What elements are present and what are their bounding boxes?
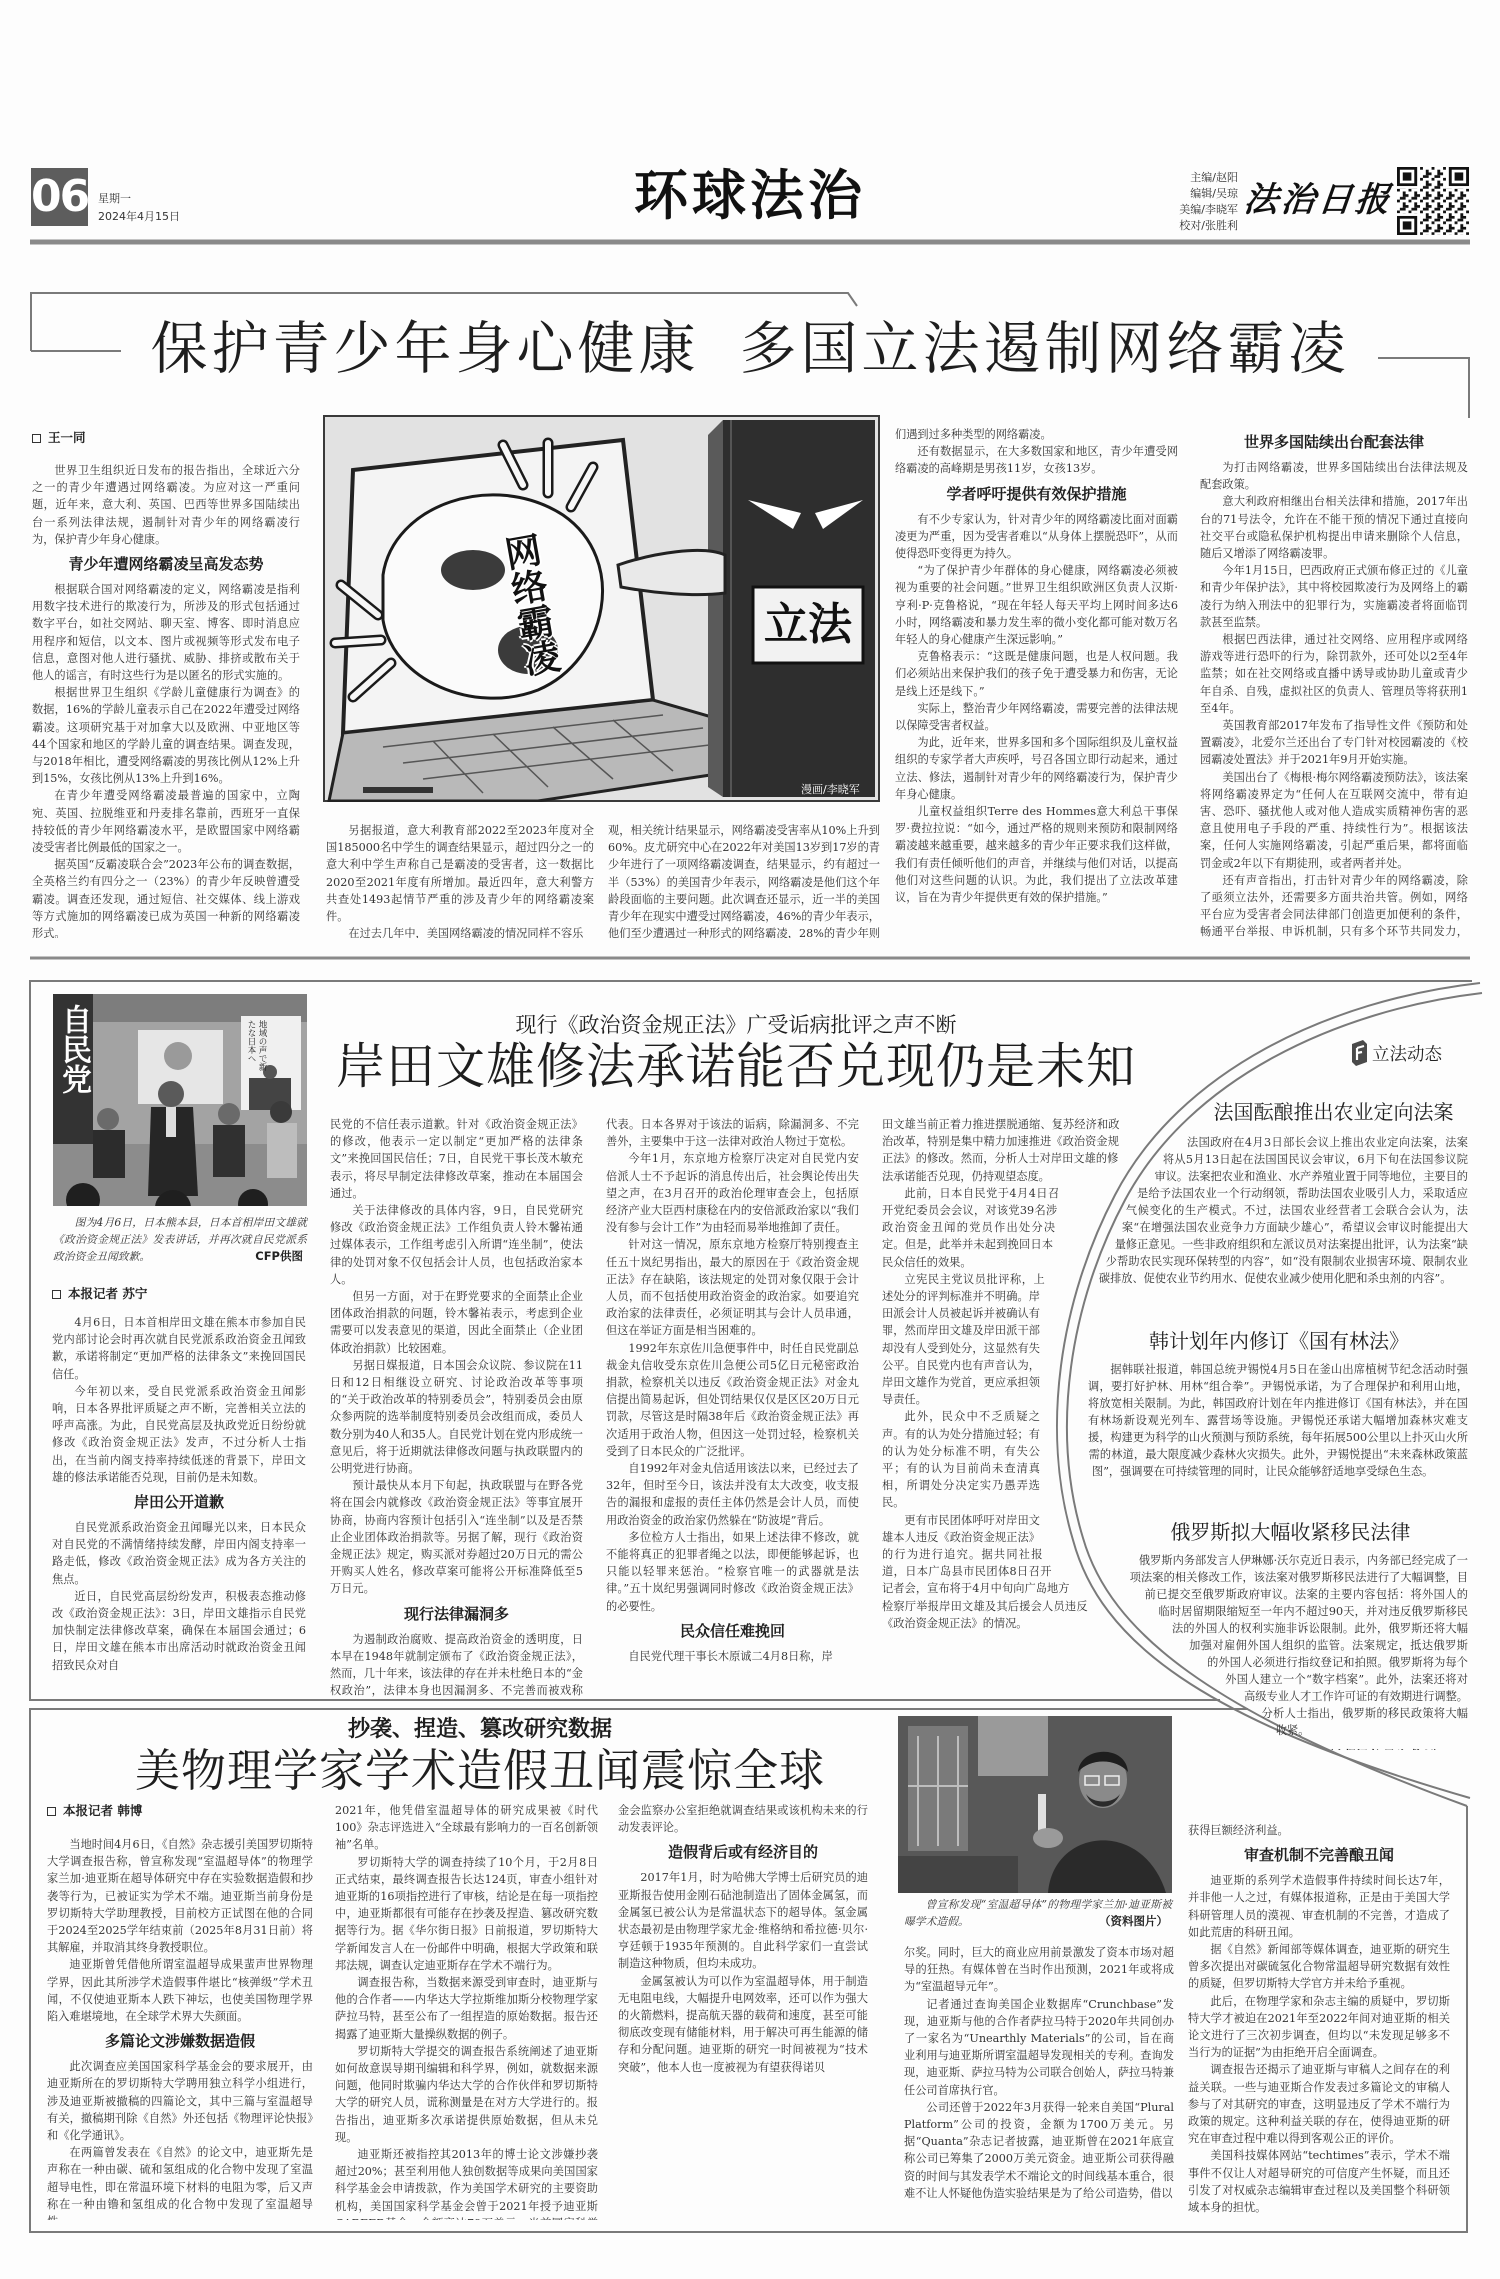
paragraph: 儿童权益组织Terre des Hommes意大利总干事保罗·费拉拉说：“如今，…	[895, 803, 1178, 906]
physicist-photo	[898, 1716, 1172, 1893]
paragraph: 意大利政府相继出台相关法律和措施，2017年出台的71号法令，允许在不能干预的情…	[1200, 493, 1468, 562]
kishida-speech-photo: 自民党 地域の声で新たな日本へ	[53, 994, 307, 1206]
credit-art-editor: 美编/李晓军	[1150, 202, 1238, 218]
paragraph: 预计最快从本月下旬起，执政联盟与在野各党将在国会内就修改《政治资金规正法》等事宜…	[330, 1477, 583, 1597]
paragraph: 克鲁格表示：“这既是健康问题，也是人权问题。我们必须站出来保护我们的孩子免于遭受…	[895, 648, 1178, 700]
paragraph: 公司还曾于2022年3月获得一轮来自美国“Plural Platform”公司的…	[904, 2099, 1174, 2202]
paragraph: 1992年东京佐川急便事件中，时任自民党副总裁金丸信收受东京佐川急便公司5亿日元…	[606, 1340, 859, 1460]
paragraph-continued: 们遇到过多种类型的网络霸凌。	[895, 426, 1178, 443]
article1-column-4: 们遇到过多种类型的网络霸凌。 还有数据显示，在大多数国家和地区，青少年遭受网络霸…	[895, 426, 1178, 938]
paragraph: 迪亚斯还被指控其2013年的博士论文涉嫌抄袭超过20%；甚至利用他人独创数据等成…	[335, 2146, 598, 2220]
article2-photo-caption: 图为4月6日，日本熊本县，日本首相岸田文雄就《政治资金规正法》发表讲话，并再次就…	[53, 1214, 307, 1265]
article2-byline: 本报记者 苏宁	[52, 1286, 147, 1302]
page-number: 06	[31, 171, 88, 222]
paragraph: 迪亚斯的系列学术造假事件持续时间长达7年，并非他一人之过，有媒体报道称，正是由于…	[1188, 1872, 1450, 1941]
article1-headline-part2: 多国立法遏制网络霸凌	[740, 316, 1350, 382]
paragraph: 还有数据显示，在大多数国家和地区，青少年遭受网络霸凌的高峰期是男孩11岁，女孩1…	[895, 443, 1178, 477]
paragraph: 关于法律修改的具体内容，9日，自民党研究修改《政治资金规正法》工作组负责人铃木馨…	[330, 1202, 583, 1288]
article2-column-1: 4月6日，日本首相岸田文雄在熊本市参加自民党内部讨论会时再次就自民党派系政治资金…	[52, 1314, 306, 1699]
article3-column-5: 获得巨额经济利益。 审查机制不完善酿丑闻 迪亚斯的系列学术造假事件持续时间长达7…	[1188, 1822, 1450, 2220]
paragraph: 自1992年对金丸信适用该法以来，已经过去了32年，但时至今日，该法并没有太大改…	[606, 1460, 859, 1529]
paragraph: 有不少专家认为，针对青少年的网络霸凌比面对面霸凌更为严重，因为受害者难以“从身体…	[895, 511, 1178, 563]
section-heading: 民众信任难挽回	[606, 1619, 859, 1643]
article3-column-4: 尔奖。同时，巨大的商业应用前景激发了资本市场对超导的狂热。有媒体曾在当时作出预测…	[904, 1944, 1174, 2220]
paragraph: 调查报告还揭示了迪亚斯与审稿人之间存在的利益关联。一些与迪亚斯合作发表过多篇论文…	[1188, 2061, 1450, 2147]
newspaper-page: 06 星期一 2024年4月15日 环球法治 主编/赵阳 编辑/吴琼 美编/李晓…	[0, 0, 1500, 2279]
newspaper-masthead: 法治日报	[1241, 170, 1398, 232]
paragraph: 4月6日，日本首相岸田文雄在熊本市参加自民党内部讨论会时再次就自民党派系政治资金…	[52, 1314, 306, 1383]
credit-proofreader: 校对/张胜利	[1150, 218, 1238, 234]
paragraph-continued: 代表。日本各界对于该法的诟病，除漏洞多、不完善外，主要集中于这一法律对政治人物过…	[606, 1116, 859, 1150]
section-heading: 现行法律漏洞多	[330, 1602, 583, 1626]
paragraph: 在两篇曾发表在《自然》的论文中，迪亚斯先是声称在一种由碳、硫和氢组成的化合物中发…	[47, 2144, 313, 2220]
paragraph: 为遏制政治腐败、提高政治资金的透明度，日本早在1948年就制定颁布了《政治资金规…	[330, 1631, 583, 1699]
paragraph: 今年1月15日，巴西政府正式颁布修正过的《儿童和青少年保护法》，其中将校园欺凌行…	[1200, 562, 1468, 631]
paragraph: 金属氢被认为可以作为室温超导体，用于制造无电阻电线，大幅提升电网效率，还可以作为…	[618, 1973, 868, 2076]
paragraph: 2017年1月，时为哈佛大学博士后研究员的迪亚斯报告使用金刚石砧池制造出了固体金…	[618, 1869, 868, 1972]
paragraph: 多位检方人士指出，如果上述法律不修改，就不能将真正的犯罪者绳之以法，即便能够起诉…	[606, 1529, 859, 1615]
article3-byline: 本报记者 韩博	[47, 1803, 142, 1819]
article2-kicker: 现行《政治资金规正法》广受诟病批评之声不断	[307, 1012, 1165, 1038]
paragraph-continued: 2021年，他凭借室温超导体的研究成果被《时代100》杂志评选进入“全球最有影响…	[335, 1802, 598, 1854]
photo-poster-text: 地域の声で新たな日本へ	[245, 1020, 267, 1076]
article2-column-3: 代表。日本各界对于该法的诟病，除漏洞多、不完善外，主要集中于这一法律对政治人物过…	[606, 1116, 859, 1699]
paragraph: 在青少年遭受网络霸凌最普遍的国家中，立陶宛、英国、拉脱维亚和丹麦排名靠前，西班牙…	[32, 787, 300, 856]
illustration-credit: 漫画/李晓军	[801, 781, 860, 797]
byline-square-icon	[32, 434, 41, 443]
paragraph: 但另一方面，对于在野党要求的全面禁止企业团体政治捐款的问题，铃木馨祐表示，考虑到…	[330, 1288, 583, 1357]
section-heading: 岸田公开道歉	[52, 1490, 306, 1514]
article1-column-5: 世界多国陆续出台配套法律 为打击网络霸凌，世界多国陆续出台法律法规及配套政策。 …	[1200, 426, 1468, 938]
article1-headline: 保护青少年身心健康多国立法遏制网络霸凌	[0, 314, 1500, 384]
paragraph: 为此，近年来，世界多国和多个国际组织及儿童权益组织的专家学者大声疾呼，号召各国立…	[895, 734, 1178, 803]
qr-code-icon	[1397, 167, 1469, 235]
legislation-news-label: 立法动态	[1349, 1040, 1442, 1068]
paragraph: 另据日媒报道，日本国会众议院、参议院在11日和12日相继设立研究、讨论政治改革等…	[330, 1357, 583, 1477]
article1-column-2: 另据报道，意大利教育部2022至2023年度对全国185000名中学生的调查结果…	[326, 822, 594, 938]
article2-headline: 岸田文雄修法承诺能否兑现仍是未知	[307, 1038, 1165, 1096]
paragraph: 针对这一情况，原东京地方检察厅特别搜查主任五十岚纪男指出，最大的原因在于《政治资…	[606, 1236, 859, 1339]
section-heading: 世界多国陆续出台配套法律	[1200, 430, 1468, 454]
photo-party-banner-text: 自民党	[57, 1004, 89, 1094]
photo-drawing	[898, 1716, 1172, 1893]
byline-author: 本报记者 韩博	[63, 1803, 142, 1818]
byline-author: 本报记者 苏宁	[68, 1286, 147, 1301]
issue-date: 2024年4月15日	[98, 210, 180, 224]
paragraph: 另据报道，意大利教育部2022至2023年度对全国185000名中学生的调查结果…	[326, 822, 594, 925]
paragraph-continued: 金会监察办公室拒绝就调查结果或该机构未来的行动发表评论。	[618, 1802, 868, 1836]
article3-headline: 美物理学家学术造假丑闻震惊全球	[60, 1744, 900, 1798]
credit-editor: 编辑/吴琼	[1150, 186, 1238, 202]
section-heading: 学者呼吁提供有效保护措施	[895, 482, 1178, 506]
article1-column-3: 观，相关统计结果显示，网络霸凌受害率从10%上升到60%。皮尤研究中心在2022…	[608, 822, 880, 938]
cyberbullying-cartoon-illustration: 网络霸凌 立法 漫画/李晓军	[323, 415, 880, 802]
section-title: 环球法治	[600, 166, 900, 226]
paragraph: 此后，在物理学家和杂志主编的质疑中，罗切斯特大学才被迫在2021年至2022年间…	[1188, 1993, 1450, 2062]
paragraph: 此次调查应美国国家科学基金会的要求展开，由迪亚斯所在的罗切斯特大学聘用独立科学小…	[47, 2058, 313, 2144]
paragraph: 据英国“反霸凌联合会”2023年公布的调查数据，全英格兰约有四分之一（23%）的…	[32, 856, 300, 938]
paragraph: 据《自然》新闻部等媒体调查，迪亚斯的研究生曾多次提出对碳硫氢化合物常温超导研究数…	[1188, 1941, 1450, 1993]
article3-column-1: 当地时间4月6日，《自然》杂志援引美国罗切斯特大学调查报告称，曾宣称发现“室温超…	[47, 1836, 313, 2220]
paragraph: 英国教育部2017年发布了指导性文件《预防和处置霸凌》，北爱尔兰还出台了专门针对…	[1200, 717, 1468, 769]
paragraph: 实际上，整治青少年网络霸凌，需要完善的法律法规以保障受害者权益。	[895, 700, 1178, 734]
section-heading: 审查机制不完善酿丑闻	[1188, 1843, 1450, 1867]
editor-credits: 主编/赵阳 编辑/吴琼 美编/李晓军 校对/张胜利	[1150, 170, 1238, 234]
section-heading: 多篇论文涉嫌数据造假	[47, 2029, 313, 2053]
paragraph-continued: 获得巨额经济利益。	[1188, 1822, 1450, 1839]
paragraph: 根据巴西法律，通过社交网络、应用程序或网络游戏等进行恐吓的行为，除罚款外，还可处…	[1200, 631, 1468, 717]
paragraph: 在过去几年中，美国网络霸凌的情况同样不容乐	[326, 925, 594, 938]
page-number-badge: 06	[31, 168, 88, 226]
paragraph-continued: 民党的不信任表示道歉。针对《政治资金规正法》的修改，他表示一定以制定“更加严格的…	[330, 1116, 583, 1202]
legislation-news-label-text: 立法动态	[1372, 1045, 1442, 1065]
paragraph: 罗切斯特大学的调查持续了10个月，于2月8日正式结束，最终调查报告长达124页，…	[335, 1854, 598, 1974]
article3-photo-caption: 曾宣称发现“室温超导体”的物理学家兰加·迪亚斯被曝学术造假。 （资料图片）	[904, 1896, 1172, 1930]
article1-headline-part1: 保护青少年身心健康	[151, 316, 700, 382]
photo-credit: （资料图片）	[1099, 1913, 1168, 1930]
weekday: 星期一	[98, 192, 131, 206]
paragraph: 今年初以来，受自民党派系政治资金丑闻影响，日本各界批评质疑之声不断，完善相关立法…	[52, 1383, 306, 1486]
photo-drawing	[53, 994, 307, 1206]
brief-body-korea: 据韩联社报道，韩国总统尹锡悦4月5日在釜山出席植树节纪念活动时强调，要打好护林、…	[1080, 1361, 1470, 1480]
photo-credit: CFP供图	[255, 1248, 303, 1265]
paragraph: 还有声音指出，打击针对青少年的网络霸凌，除了亟须立法外，还需要多方面共治共管。例…	[1200, 872, 1468, 938]
byline-square-icon	[52, 1290, 61, 1299]
paragraph: 自民党代理干事长木原诚二4月8日称，岸	[606, 1648, 859, 1665]
section-heading: 造假背后或有经济目的	[618, 1840, 868, 1864]
byline-square-icon	[47, 1807, 56, 1816]
article3-column-2: 2021年，他凭借室温超导体的研究成果被《时代100》杂志评选进入“全球最有影响…	[335, 1802, 598, 2220]
credit-chief-editor: 主编/赵阳	[1150, 170, 1238, 186]
paragraph: 美国出台了《梅根·梅尔网络霸凌预防法》，该法案将网络霸凌界定为“任何人在互联网交…	[1200, 769, 1468, 872]
article3-kicker: 抄袭、捏造、篡改研究数据	[60, 1716, 900, 1744]
paragraph: 美国科技媒体网站“techtimes”表示，学术不端事件不仅让人对超导研究的可信…	[1188, 2147, 1450, 2216]
article1-byline: 王一同	[32, 430, 86, 446]
illustration-label-legislation: 立法	[753, 603, 863, 647]
paragraph: 自民党派系政治资金丑闻曝光以来，日本民众对自民党的不满情绪持续发酵，岸田内阁支持…	[52, 1519, 306, 1588]
paragraph: 近日，自民党高层纷纷发声，积极表态推动修改《政治资金规正法》：3日，岸田文雄指示…	[52, 1588, 306, 1674]
paragraph: 根据联合国对网络霸凌的定义，网络霸凌是指利用数字技术进行的欺凌行为，所涉及的形式…	[32, 581, 300, 684]
paragraph-continued: 观，相关统计结果显示，网络霸凌受害率从10%上升到60%。皮尤研究中心在2022…	[608, 822, 880, 938]
byline-author: 王一同	[48, 430, 86, 445]
paragraph: 今年1月，东京地方检察厅决定对自民党内安倍派人士不予起诉的消息传出后，社会舆论传…	[606, 1150, 859, 1236]
paragraph: 记者通过查询美国企业数据库“Crunchbase”发现，迪亚斯与他的合作者萨拉马…	[904, 1996, 1174, 2099]
paragraph: 世界卫生组织近日发布的报告指出，全球近六分之一的青少年遭遇过网络霸凌。为应对这一…	[32, 462, 300, 548]
paragraph: 当地时间4月6日，《自然》杂志援引美国罗切斯特大学调查报告称，曾宣称发现“室温超…	[47, 1836, 313, 1956]
article2-column-2: 民党的不信任表示道歉。针对《政治资金规正法》的修改，他表示一定以制定“更加严格的…	[330, 1116, 583, 1699]
article3-column-3: 金会监察办公室拒绝就调查结果或该机构未来的行动发表评论。 造假背后或有经济目的 …	[618, 1802, 868, 2220]
article1-column-1: 世界卫生组织近日发布的报告指出，全球近六分之一的青少年遭遇过网络霸凌。为应对这一…	[32, 462, 300, 938]
legislation-briefs-sidebar: 法国酝酿推出农业定向法案 法国政府在4月3日部长会议上推出农业定向法案，法案将从…	[1080, 1090, 1470, 1750]
paragraph: “为了保护青少年群体的身心健康，网络霸凌必须被视为重要的社会问题。”世界卫生组织…	[895, 562, 1178, 648]
paragraph: 调查报告称，当数据来源受到审查时，迪亚斯与他的合作者——内华达大学拉斯维加斯分校…	[335, 1974, 598, 2043]
paragraph: 罗切斯特大学提交的调查报告系统阐述了迪亚斯如何故意误导期刊编辑和科学界，例如，就…	[335, 2043, 598, 2146]
paragraph: 根据世界卫生组织《学龄儿童健康行为调查》的数据，16%的学龄儿童表示自己在202…	[32, 684, 300, 787]
paragraph-continued: 尔奖。同时，巨大的商业应用前景激发了资本市场对超导的狂热。有媒体曾在当时作出预测…	[904, 1944, 1174, 1996]
section-heading: 青少年遭网络霸凌呈高发态势	[32, 552, 300, 576]
paragraph: 为打击网络霸凌，世界多国陆续出台法律法规及配套政策。	[1200, 459, 1468, 493]
paragraph: 迪亚斯曾凭借他所谓室温超导成果蜚声世界物理学界，因此其所涉学术造假事件堪比“核弹…	[47, 1956, 313, 2025]
legislation-news-icon	[1349, 1040, 1369, 1066]
